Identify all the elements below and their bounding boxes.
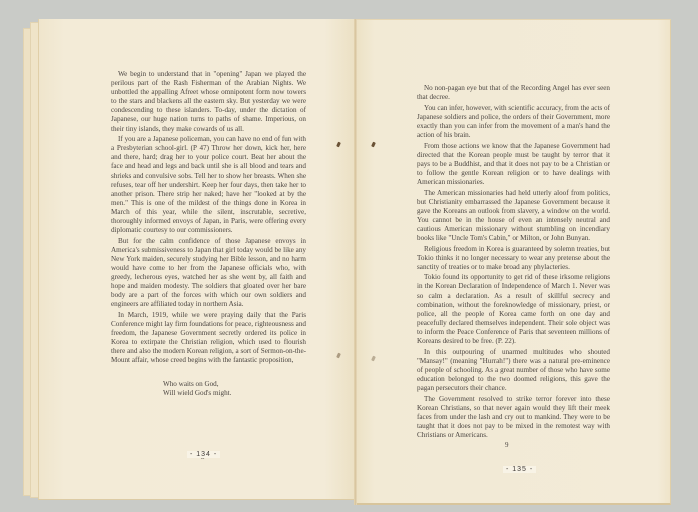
left-page-text: We begin to understand that in "opening"… — [111, 70, 306, 398]
right-archive-stamp: - 135 - — [503, 466, 536, 473]
paragraph: From those actions we know that the Japa… — [417, 142, 610, 187]
book-gutter — [354, 19, 357, 505]
paragraph: If you are a Japanese policeman, you can… — [111, 135, 306, 235]
paragraph: Religious freedom in Korea is guaranteed… — [417, 245, 610, 272]
paragraph: You can infer, however, with scientific … — [417, 104, 610, 140]
paragraph: The American missionaries had held utter… — [417, 189, 610, 244]
poem-quote: Who waits on God, Will wield God's might… — [163, 380, 306, 398]
paragraph: The Government resolved to strike terror… — [417, 395, 610, 440]
poem-line: Who waits on God, — [163, 380, 306, 389]
paragraph: We begin to understand that in "opening"… — [111, 70, 306, 134]
paragraph: No non-pagan eye but that of the Recordi… — [417, 84, 610, 102]
poem-line: Will wield God's might. — [163, 389, 306, 398]
paragraph: In this outpouring of unarmed multitudes… — [417, 348, 610, 393]
paragraph: In March, 1919, while we were praying da… — [111, 311, 306, 366]
paragraph: But for the calm confidence of those Jap… — [111, 237, 306, 310]
paragraph: Tokio found its opportunity to get rid o… — [417, 273, 610, 346]
right-page-number: 9 — [505, 441, 509, 449]
left-archive-stamp: - 134 - — [187, 451, 220, 458]
right-page-text: No non-pagan eye but that of the Recordi… — [417, 84, 610, 442]
